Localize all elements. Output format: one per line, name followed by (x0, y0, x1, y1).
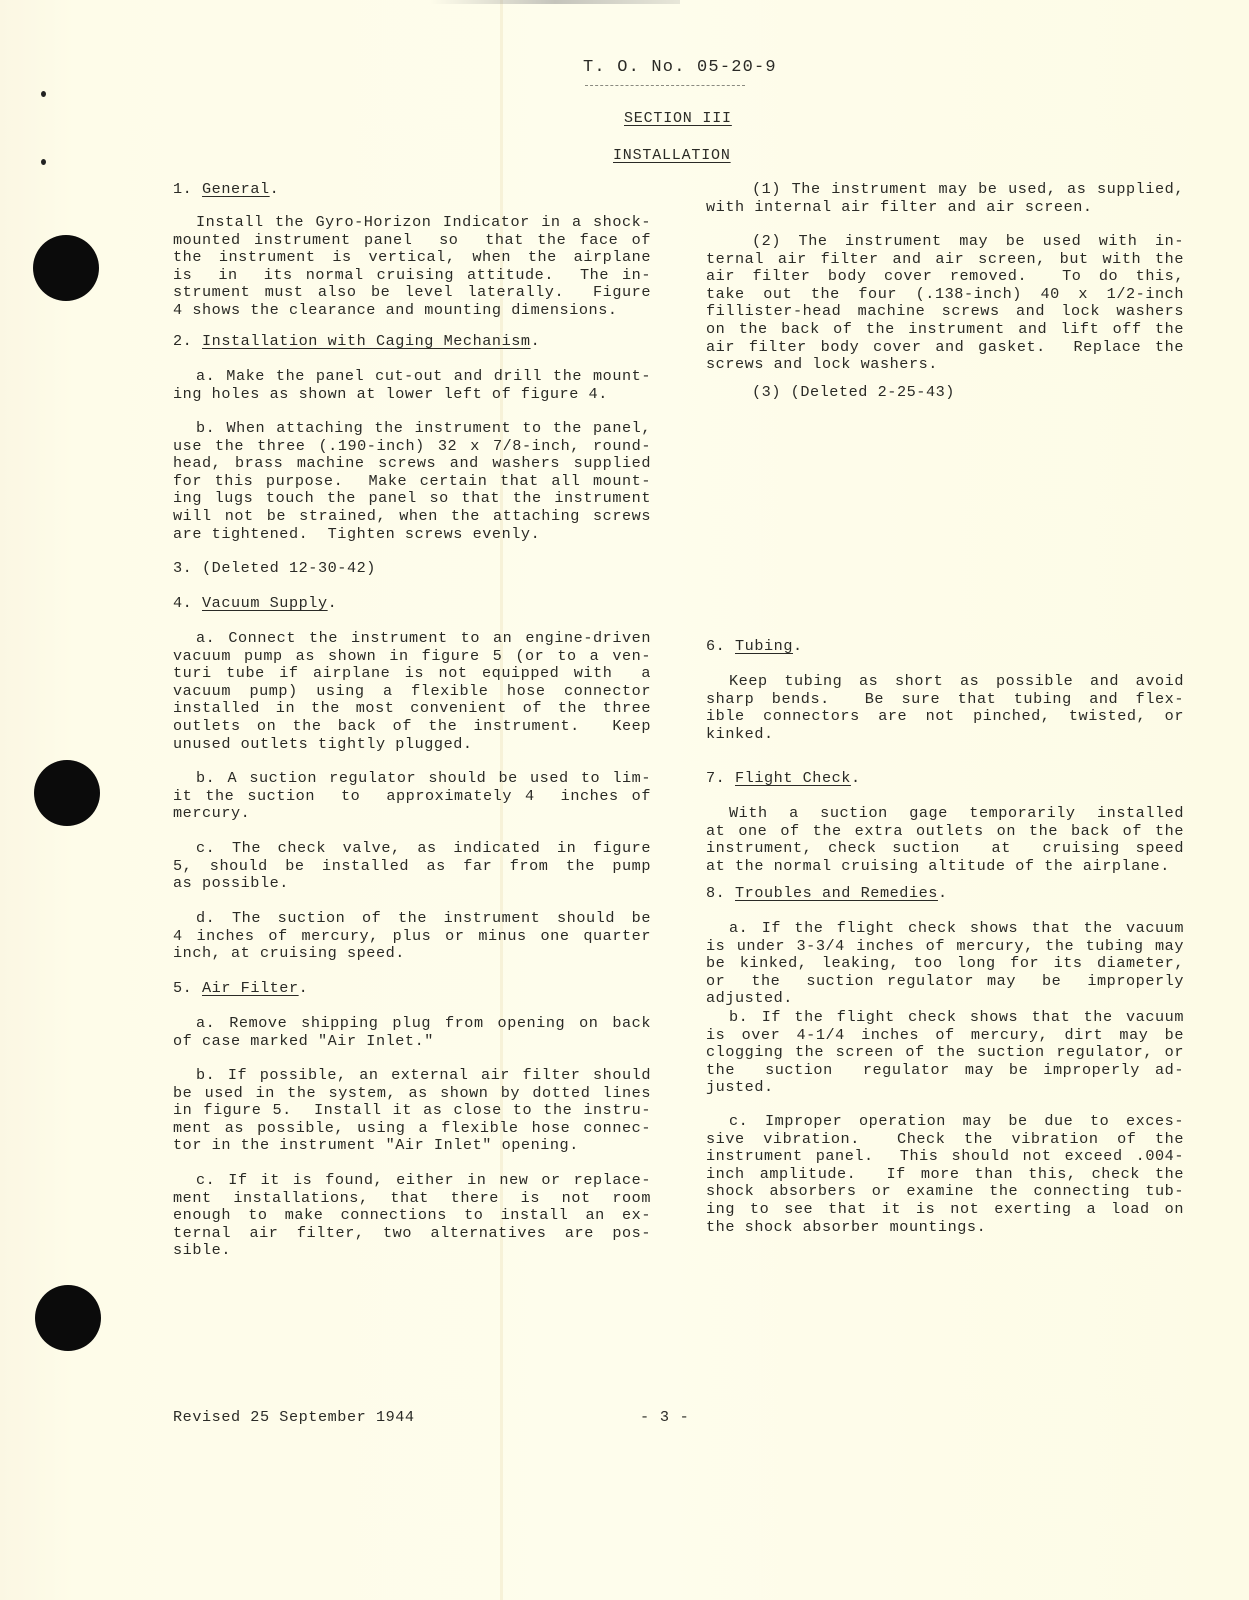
heading-title: Tubing (735, 637, 793, 655)
troubles-item-c: c. Improper operation may be due to exce… (706, 1113, 1184, 1236)
heading-troubles: 8. Troubles and Remedies. (706, 885, 1184, 903)
vacuum-item-a: a. Connect the instrument to an engine-d… (173, 630, 651, 753)
text-line: the suction regulator may be improperly … (706, 1062, 1184, 1080)
section-heading: SECTION III (624, 110, 732, 127)
text-line: is in its normal cruising attitude. The … (173, 267, 651, 285)
revision-date: Revised 25 September 1944 (173, 1408, 415, 1426)
text-line: (1) The instrument may be used, as suppl… (706, 181, 1184, 199)
text-line: a. Make the panel cut-out and drill the … (173, 368, 651, 386)
text-line: clogging the screen of the suction regul… (706, 1044, 1184, 1062)
text-line: of case marked "Air Inlet." (173, 1033, 651, 1051)
text-line: are tightened. Tighten screws evenly. (173, 526, 651, 544)
text-line: a. Connect the instrument to an engine-d… (173, 630, 651, 648)
heading-number: 8. (706, 884, 735, 902)
text-line: b. When attaching the instrument to the … (173, 420, 651, 438)
heading-flight-check: 7. Flight Check. (706, 770, 1184, 788)
deleted-item-3: 3. (Deleted 12-30-42) (173, 560, 651, 578)
text-line: Install the Gyro-Horizon Indicator in a … (173, 214, 651, 232)
scan-edge-artifact (430, 0, 680, 4)
text-line: tor in the instrument "Air Inlet" openin… (173, 1137, 651, 1155)
vacuum-item-c: c. The check valve, as indicated in figu… (173, 840, 651, 893)
text-line: inch, at cruising speed. (173, 945, 651, 963)
text-line: as possible. (173, 875, 651, 893)
text-line: is under 3-3/4 inches of mercury, the tu… (706, 938, 1184, 956)
caging-item-b: b. When attaching the instrument to the … (173, 420, 651, 543)
text-line: mounted instrument panel so that the fac… (173, 232, 651, 250)
text-line: shock absorbers or examine the connectin… (706, 1183, 1184, 1201)
text-line: be used in the system, as shown by dotte… (173, 1085, 651, 1103)
text-line: is over 4-1/4 inches of mercury, dirt ma… (706, 1027, 1184, 1045)
text-line: vacuum pump as shown in figure 5 (or to … (173, 648, 651, 666)
text-line: air filter body cover removed. To do thi… (706, 268, 1184, 286)
troubles-item-a: a. If the flight check shows that the va… (706, 920, 1184, 1008)
text-line: take out the four (.138-inch) 40 x 1/2-i… (706, 286, 1184, 304)
heading-title: General (202, 180, 270, 198)
text-line: 4 inches of mercury, plus or minus one q… (173, 928, 651, 946)
text-line: ment installations, that there is not ro… (173, 1190, 651, 1208)
doc-number: T. O. No. 05-20-9 (583, 58, 777, 77)
text-line: sharp bends. Be sure that tubing and fle… (706, 691, 1184, 709)
text-line: justed. (706, 1079, 1184, 1097)
text-line: Keep tubing as short as possible and avo… (706, 673, 1184, 691)
text-line: for this purpose. Make certain that all … (173, 473, 651, 491)
paragraph-general: 1. General. (173, 181, 651, 199)
text-line: sive vibration. Check the vibration of t… (706, 1131, 1184, 1149)
text-line: With a suction gage temporarily installe… (706, 805, 1184, 823)
text-line: with internal air filter and air screen. (706, 199, 1184, 217)
air-filter-item-b: b. If possible, an external air filter s… (173, 1067, 651, 1155)
text-line: c. Improper operation may be due to exce… (706, 1113, 1184, 1131)
text-line: ternal air filter and air screen, but wi… (706, 251, 1184, 269)
air-filter-item-a: a. Remove shipping plug from opening on … (173, 1015, 651, 1050)
text-line: be kinked, leaking, too long for its dia… (706, 955, 1184, 973)
text-line: at one of the extra outlets on the back … (706, 823, 1184, 841)
document-page: T. O. No. 05-20-9 SECTION III INSTALLATI… (0, 0, 1249, 1600)
text-line: adjusted. (706, 990, 1184, 1008)
heading-general: 1. General. (173, 181, 651, 199)
text-line: use the three (.190-inch) 32 x 7/8-inch,… (173, 438, 651, 456)
text-line: fillister-head machine screws and lock w… (706, 303, 1184, 321)
troubles-item-b: b. If the flight check shows that the va… (706, 1009, 1184, 1097)
vacuum-item-b: b. A suction regulator should be used to… (173, 770, 651, 823)
text-line: ing lugs touch the panel so that the ins… (173, 490, 651, 508)
heading-number: 7. (706, 769, 735, 787)
heading-tubing: 6. Tubing. (706, 638, 1184, 656)
text-line: c. If it is found, either in new or repl… (173, 1172, 651, 1190)
general-body: Install the Gyro-Horizon Indicator in a … (173, 214, 651, 320)
text-line: kinked. (706, 726, 1184, 744)
text-line: the instrument is vertical, when the air… (173, 249, 651, 267)
text-line: it the suction to approximately 4 inches… (173, 788, 651, 806)
section-title: INSTALLATION (613, 147, 731, 164)
heading-number: 5. (173, 979, 202, 997)
heading-vacuum-supply: 4. Vacuum Supply. (173, 595, 651, 613)
text-line: outlets on the back of the instrument. K… (173, 718, 651, 736)
text-line: will not be strained, when the attaching… (173, 508, 651, 526)
text-line: mercury. (173, 805, 651, 823)
vacuum-item-d: d. The suction of the instrument should … (173, 910, 651, 963)
deleted-note: 3. (Deleted 12-30-42) (173, 560, 651, 578)
text-line: head, brass machine screws and washers s… (173, 455, 651, 473)
text-line: ing holes as shown at lower left of figu… (173, 386, 651, 404)
paper-speck (41, 159, 46, 165)
text-line: in figure 5. Install it as close to the … (173, 1102, 651, 1120)
text-line: ternal air filter, two alternatives are … (173, 1225, 651, 1243)
heading-title: Vacuum Supply (202, 594, 328, 612)
heading-number: 4. (173, 594, 202, 612)
heading-title: Troubles and Remedies (735, 884, 938, 902)
heading-caging: 2. Installation with Caging Mechanism. (173, 333, 651, 351)
text-line: b. If possible, an external air filter s… (173, 1067, 651, 1085)
text-line: (2) The instrument may be used with in- (706, 233, 1184, 251)
text-line: a. If the flight check shows that the va… (706, 920, 1184, 938)
text-line: ment as possible, using a flexible hose … (173, 1120, 651, 1138)
text-line: b. If the flight check shows that the va… (706, 1009, 1184, 1027)
doc-number-rule (585, 85, 745, 87)
text-line: d. The suction of the instrument should … (173, 910, 651, 928)
flight-check-body: With a suction gage temporarily installe… (706, 805, 1184, 875)
punch-hole-top (33, 235, 99, 301)
text-line: strument must also be level laterally. F… (173, 284, 651, 302)
text-line: or the suction regulator may be improper… (706, 973, 1184, 991)
text-line: inch amplitude. If more than this, check… (706, 1166, 1184, 1184)
text-line: screws and lock washers. (706, 356, 1184, 374)
text-line: vacuum pump) using a flexible hose conne… (173, 683, 651, 701)
text-line: 4 shows the clearance and mounting dimen… (173, 302, 651, 320)
text-line: instrument panel. This should not exceed… (706, 1148, 1184, 1166)
text-line: ing to see that it is not exerting a loa… (706, 1201, 1184, 1219)
page-number: - 3 - (640, 1408, 690, 1426)
heading-title: Air Filter (202, 979, 299, 997)
text-line: 5, should be installed as far from the p… (173, 858, 651, 876)
tubing-body: Keep tubing as short as possible and avo… (706, 673, 1184, 743)
alternative-2: (2) The instrument may be used with in- … (706, 233, 1184, 374)
caging-item-a: a. Make the panel cut-out and drill the … (173, 368, 651, 403)
paper-speck (41, 91, 46, 97)
text-line: on the back of the instrument and lift o… (706, 321, 1184, 339)
text-line: the shock absorber mountings. (706, 1219, 1184, 1237)
heading-number: 1. (173, 180, 202, 198)
alternative-1: (1) The instrument may be used, as suppl… (706, 181, 1184, 216)
punch-hole-middle (34, 760, 100, 826)
text-line: instrument, check suction at cruising sp… (706, 840, 1184, 858)
deleted-note: (3) (Deleted 2-25-43) (706, 384, 1184, 402)
text-line: unused outlets tightly plugged. (173, 736, 651, 754)
text-line: b. A suction regulator should be used to… (173, 770, 651, 788)
heading-title: Installation with Caging Mechanism (202, 332, 531, 350)
text-line: a. Remove shipping plug from opening on … (173, 1015, 651, 1033)
text-line: installed in the most convenient of the … (173, 700, 651, 718)
text-line: sible. (173, 1242, 651, 1260)
heading-title: Flight Check (735, 769, 851, 787)
punch-hole-bottom (35, 1285, 101, 1351)
text-line: at the normal cruising altitude of the a… (706, 858, 1184, 876)
text-line: c. The check valve, as indicated in figu… (173, 840, 651, 858)
heading-air-filter: 5. Air Filter. (173, 980, 651, 998)
text-line: turi tube if airplane is not equipped wi… (173, 665, 651, 683)
air-filter-item-c: c. If it is found, either in new or repl… (173, 1172, 651, 1260)
heading-number: 2. (173, 332, 202, 350)
text-line: ible connectors are not pinched, twisted… (706, 708, 1184, 726)
alternative-3: (3) (Deleted 2-25-43) (706, 384, 1184, 402)
text-line: enough to make connections to install an… (173, 1207, 651, 1225)
heading-number: 6. (706, 637, 735, 655)
text-line: air filter body cover and gasket. Replac… (706, 339, 1184, 357)
